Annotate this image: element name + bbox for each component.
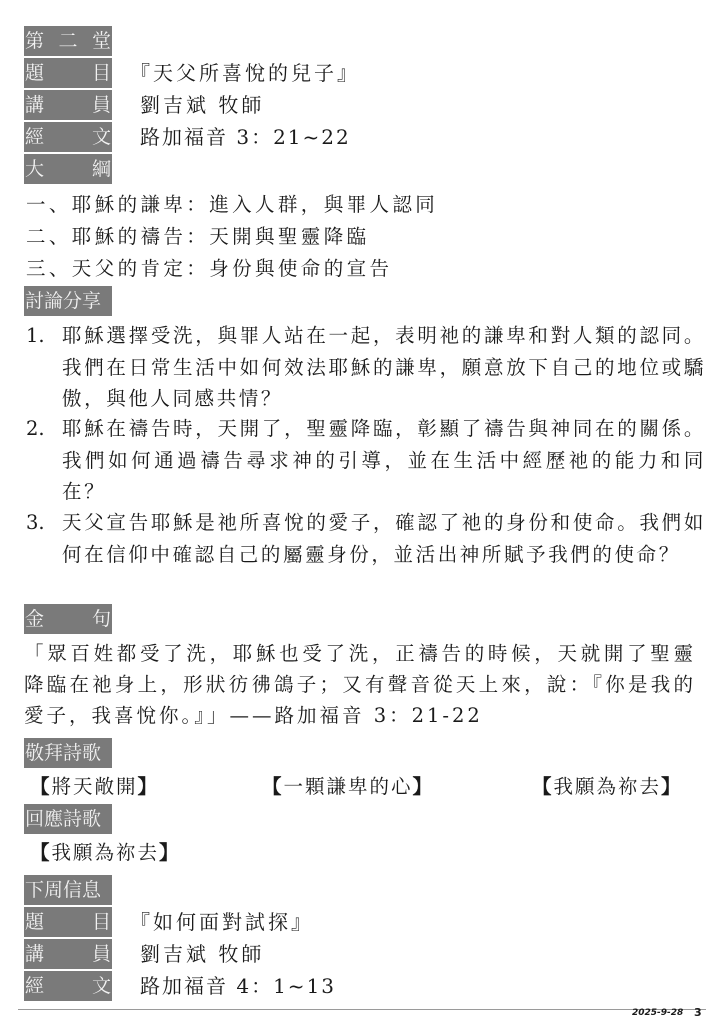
bracket-close: 】 xyxy=(661,775,683,798)
next-week-label: 下周信息 xyxy=(24,875,112,905)
outline-label: 大 綱 xyxy=(24,154,112,184)
response-songs-label: 回應詩歌 xyxy=(24,804,112,834)
label-char: 文 xyxy=(92,122,111,152)
footer-divider xyxy=(18,1009,706,1010)
label-char: 金 xyxy=(25,604,44,634)
label-char: 第 xyxy=(25,26,44,56)
outline-item-1: 一、耶穌的謙卑：進入人群，與罪人認同 xyxy=(26,190,438,220)
label-char: 大 xyxy=(25,154,44,184)
next-title-label: 題 目 xyxy=(24,907,112,937)
next-sermon-speaker: 劉吉斌 牧師 xyxy=(140,939,264,969)
bracket-open: 【 xyxy=(30,775,52,798)
discussion-question-3: 3. 天父宣告耶穌是祂所喜悅的愛子，確認了祂的身份和使命。我們如何在信仰中確認自… xyxy=(26,507,706,570)
response-song-1: 【我願為祢去】 xyxy=(30,838,181,868)
bracket-open: 【 xyxy=(532,775,554,798)
label-char: 堂 xyxy=(92,26,111,56)
label-char: 經 xyxy=(25,122,44,152)
label-char: 員 xyxy=(92,90,111,120)
bracket-open: 【 xyxy=(262,775,284,798)
speaker-label: 講 員 xyxy=(24,90,112,120)
worship-songs-label: 敬拜詩歌 xyxy=(24,738,112,768)
footer-date: 2025-9-28 xyxy=(632,1008,683,1018)
sermon-title: 『天父所喜悅的兒子』 xyxy=(130,58,360,88)
bracket-open: 【 xyxy=(30,841,52,864)
song-title: 我願為祢去 xyxy=(554,775,662,798)
title-label: 題 目 xyxy=(24,58,112,88)
label-char: 目 xyxy=(92,58,111,88)
question-text: 耶穌在禱告時，天開了，聖靈降臨，彰顯了禱告與神同在的關係。我們如何通過禱告尋求神… xyxy=(62,413,706,508)
sermon-scripture: 路加福音 3：21~22 xyxy=(140,122,351,152)
song-title: 我願為祢去 xyxy=(52,841,160,864)
label-text: 下周信息 xyxy=(25,875,101,905)
outline-item-3: 三、天父的肯定：身份與使命的宣告 xyxy=(26,254,392,284)
question-text: 耶穌選擇受洗，與罪人站在一起，表明祂的謙卑和對人類的認同。我們在日常生活中如何效… xyxy=(62,320,706,415)
question-number: 2. xyxy=(26,413,45,445)
question-number: 1. xyxy=(26,320,45,352)
page-number: 3 xyxy=(694,1006,702,1019)
worship-song-2: 【一顆謙卑的心】 xyxy=(262,772,434,802)
label-text: 討論分享 xyxy=(25,286,101,316)
label-text: 敬拜詩歌 xyxy=(25,738,101,768)
outline-item-2: 二、耶穌的禱告：天開與聖靈降臨 xyxy=(26,222,370,252)
worship-song-3: 【我願為祢去】 xyxy=(532,772,683,802)
label-char: 綱 xyxy=(92,154,111,184)
discussion-question-1: 1. 耶穌選擇受洗，與罪人站在一起，表明祂的謙卑和對人類的認同。我們在日常生活中… xyxy=(26,320,706,415)
worship-song-1: 【將天敞開】 xyxy=(30,772,159,802)
next-sermon-scripture: 路加福音 4：1~13 xyxy=(140,971,336,1001)
sermon-speaker: 劉吉斌 牧師 xyxy=(140,90,264,120)
label-char: 二 xyxy=(58,26,77,56)
next-scripture-label: 經 文 xyxy=(24,971,112,1001)
label-char: 題 xyxy=(25,907,44,937)
next-sermon-title: 『如何面對試探』 xyxy=(130,907,314,937)
section-label-second-service: 第 二 堂 xyxy=(24,26,112,56)
bracket-close: 】 xyxy=(413,775,435,798)
bracket-close: 】 xyxy=(159,841,181,864)
song-title: 一顆謙卑的心 xyxy=(284,775,413,798)
label-char: 題 xyxy=(25,58,44,88)
bracket-close: 】 xyxy=(138,775,160,798)
question-number: 3. xyxy=(26,507,45,539)
next-speaker-label: 講 員 xyxy=(24,939,112,969)
label-char: 講 xyxy=(25,939,44,969)
label-char: 句 xyxy=(92,604,111,634)
question-text: 天父宣告耶穌是祂所喜悅的愛子，確認了祂的身份和使命。我們如何在信仰中確認自己的屬… xyxy=(62,507,706,570)
label-text: 回應詩歌 xyxy=(25,804,101,834)
scripture-label: 經 文 xyxy=(24,122,112,152)
discussion-label: 討論分享 xyxy=(24,286,112,316)
golden-verse-text: 「眾百姓都受了洗，耶穌也受了洗，正禱告的時候，天就開了聖靈降臨在祂身上，形狀彷彿… xyxy=(24,638,696,731)
label-char: 經 xyxy=(25,971,44,1001)
label-char: 員 xyxy=(92,939,111,969)
golden-verse-label: 金 句 xyxy=(24,604,112,634)
label-char: 文 xyxy=(92,971,111,1001)
label-char: 講 xyxy=(25,90,44,120)
song-title: 將天敞開 xyxy=(52,775,138,798)
label-char: 目 xyxy=(92,907,111,937)
discussion-question-2: 2. 耶穌在禱告時，天開了，聖靈降臨，彰顯了禱告與神同在的關係。我們如何通過禱告… xyxy=(26,413,706,508)
